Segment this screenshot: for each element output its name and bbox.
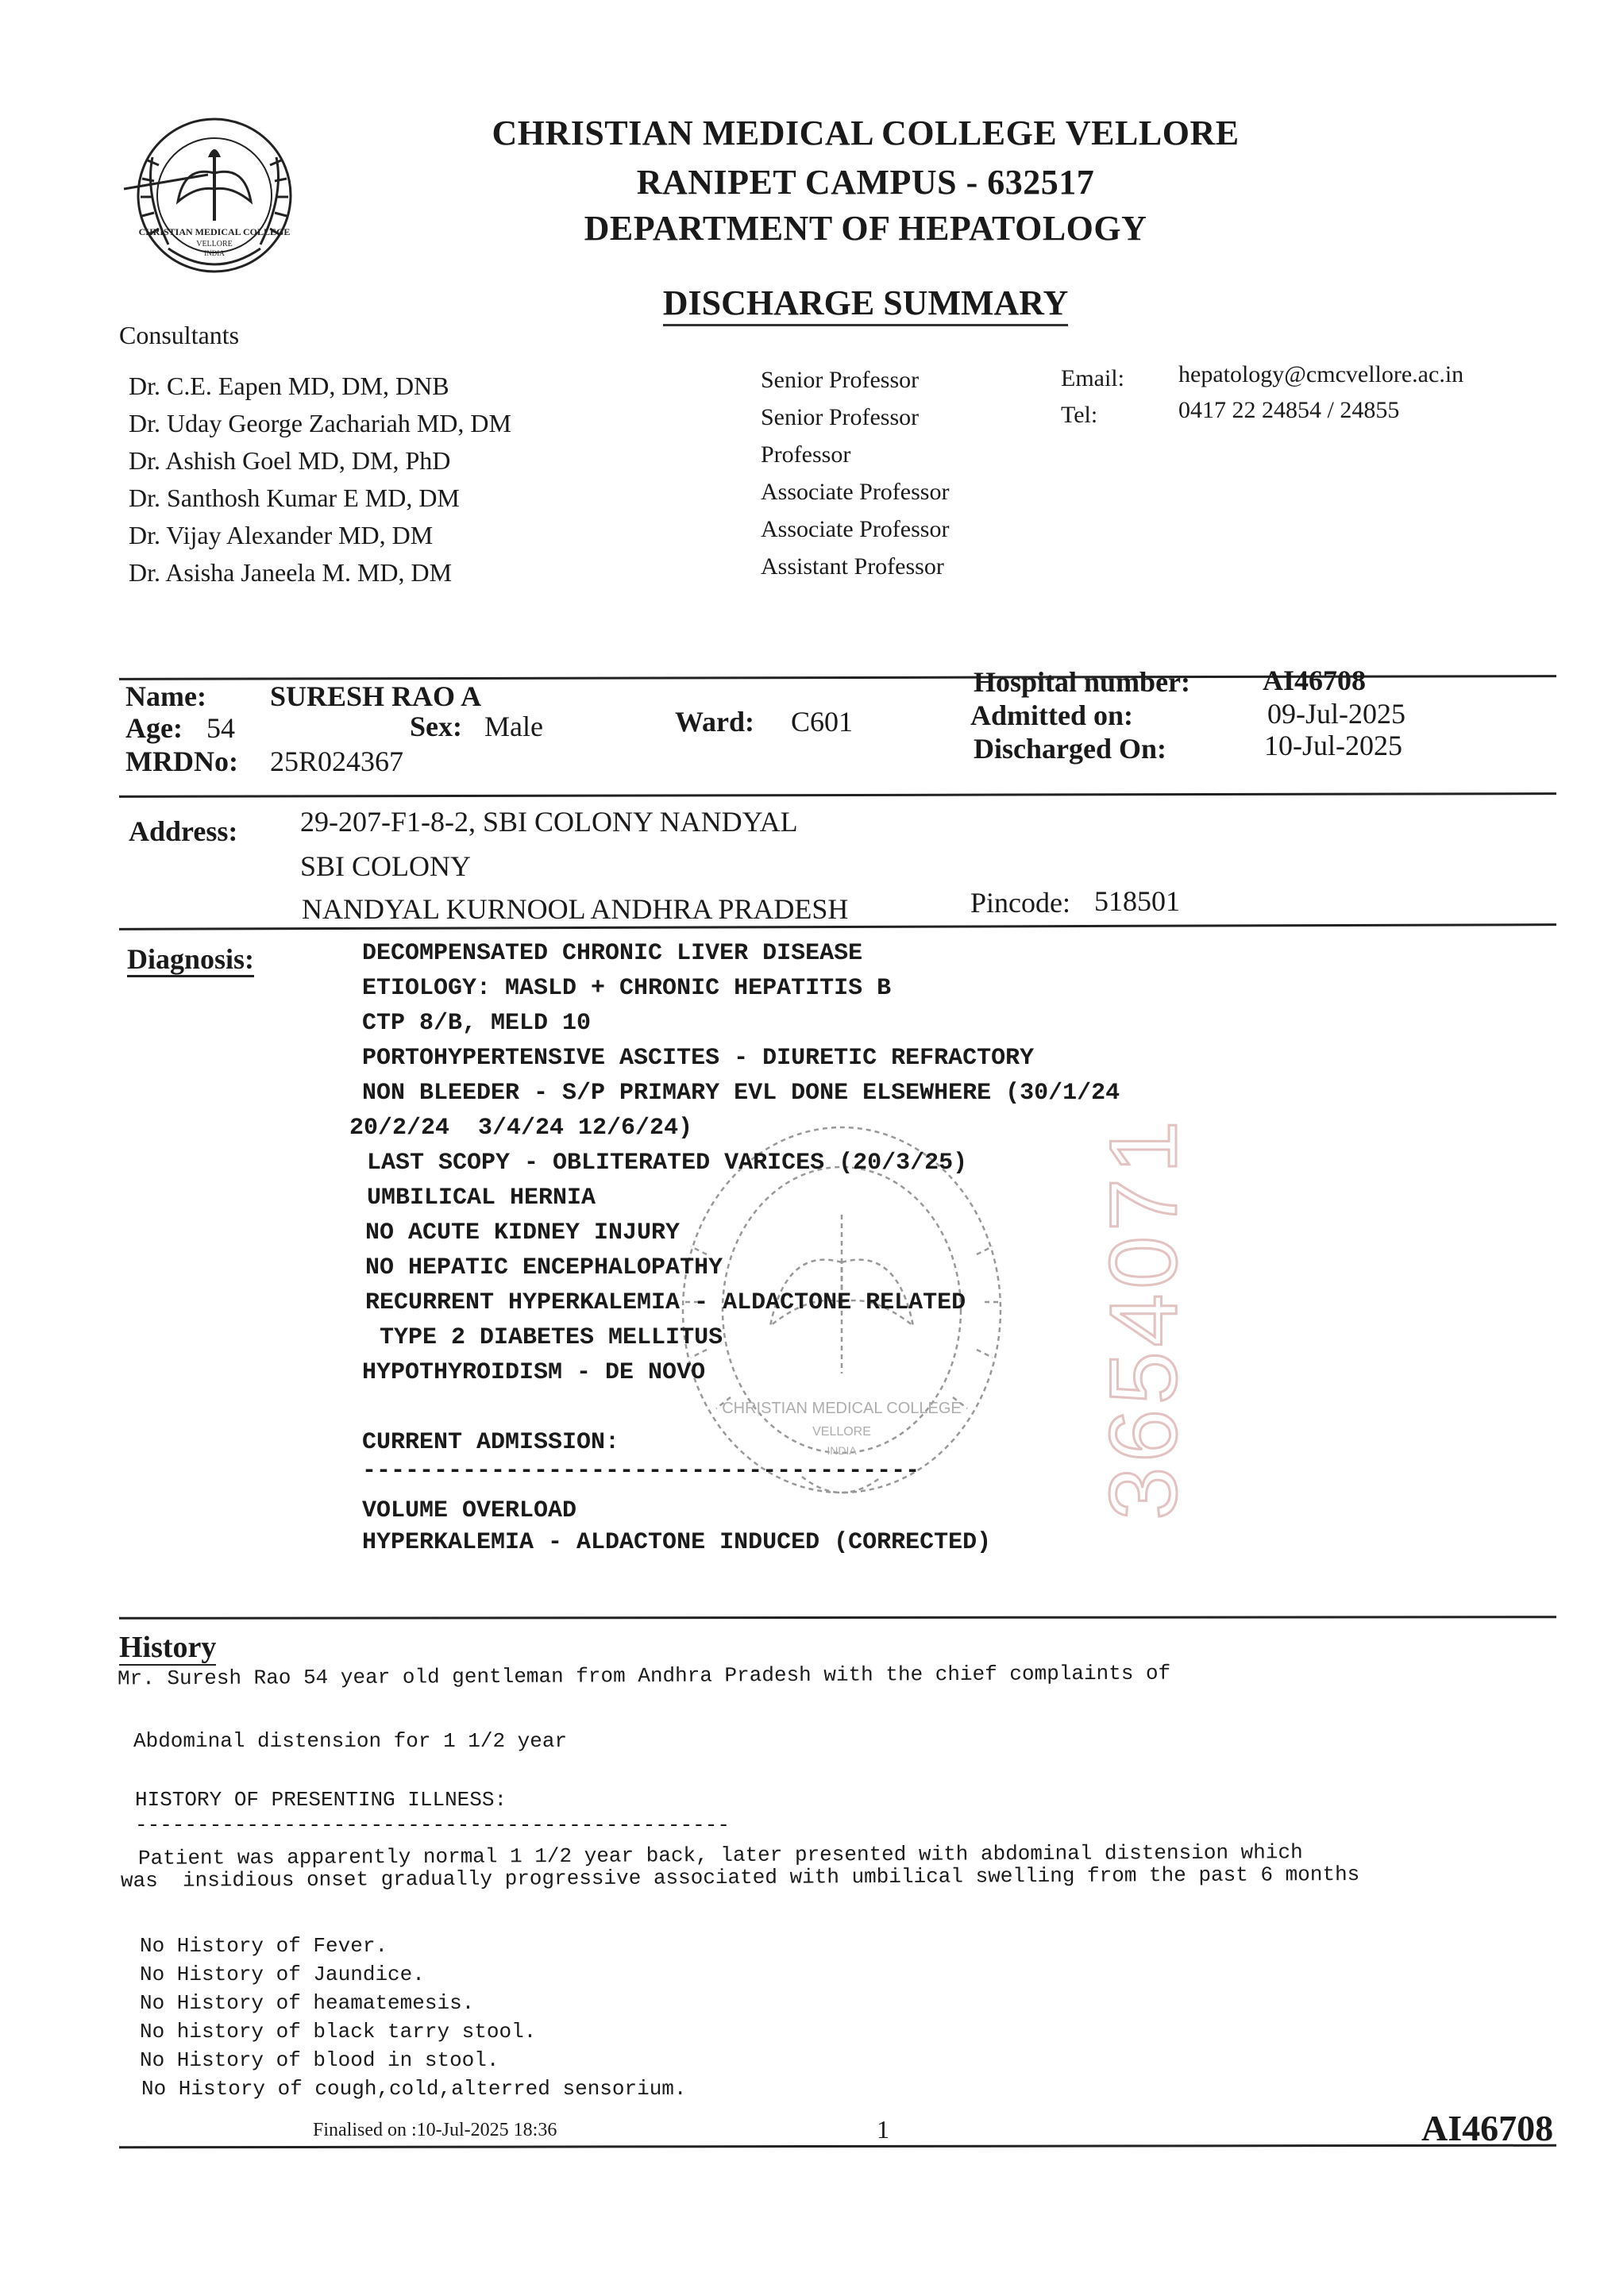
svg-text:VELLORE: VELLORE bbox=[196, 240, 233, 248]
negative-history-item: No History of blood in stool. bbox=[140, 2048, 499, 2072]
campus-name: RANIPET CAMPUS - 632517 bbox=[445, 162, 1286, 202]
finalised-timestamp: Finalised on :10-Jul-2025 18:36 bbox=[313, 2120, 557, 2141]
serial-watermark: 3654071 bbox=[1064, 1119, 1223, 1516]
consultants-label: Consultants bbox=[119, 321, 239, 350]
negative-history-item: No History of Jaundice. bbox=[140, 1963, 425, 1986]
diagnosis-line: CTP 8/B, MELD 10 bbox=[362, 1010, 591, 1037]
diagnosis-line: PORTOHYPERTENSIVE ASCITES - DIURETIC REF… bbox=[362, 1045, 1034, 1072]
history-label: History bbox=[119, 1632, 216, 1666]
svg-text:VELLORE: VELLORE bbox=[812, 1425, 871, 1439]
discharged-label: Discharged On: bbox=[974, 732, 1166, 765]
document-title: DISCHARGE SUMMARY bbox=[445, 283, 1286, 323]
diagnosis-line: 20/2/24 3/4/24 12/6/24) bbox=[349, 1115, 692, 1142]
negative-history-item: No History of heamatemesis. bbox=[140, 1991, 474, 2015]
diagnosis-line: NO HEPATIC ENCEPHALOPATHY bbox=[365, 1254, 723, 1281]
tel-label: Tel: bbox=[1061, 402, 1097, 429]
diagnosis-line: NO ACUTE KIDNEY INJURY bbox=[365, 1219, 680, 1246]
cmc-seal-icon: CHRISTIAN MEDICAL COLLEGE VELLORE INDIA bbox=[121, 102, 308, 289]
mrd-label: MRDNo: bbox=[125, 745, 238, 778]
diagnosis-line: HYPOTHYROIDISM - DE NOVO bbox=[362, 1359, 705, 1386]
institution-name: CHRISTIAN MEDICAL COLLEGE VELLORE bbox=[445, 113, 1286, 153]
ward-label: Ward: bbox=[675, 705, 754, 738]
address-label: Address: bbox=[129, 815, 237, 848]
consultant-name: Dr. C.E. Eapen MD, DM, DNB bbox=[129, 372, 449, 401]
sex-label: Sex: bbox=[410, 710, 462, 743]
consultant-designation: Associate Professor bbox=[761, 479, 949, 506]
email-label: Email: bbox=[1061, 365, 1124, 392]
consultant-name: Dr. Asisha Janeela M. MD, DM bbox=[129, 558, 452, 587]
patient-ward: C601 bbox=[791, 705, 853, 738]
svg-text:INDIA: INDIA bbox=[827, 1444, 857, 1457]
diagnosis-line: VOLUME OVERLOAD bbox=[362, 1497, 576, 1524]
age-label: Age: bbox=[125, 711, 183, 745]
consultant-name: Dr. Vijay Alexander MD, DM bbox=[129, 521, 433, 550]
hpi-heading: HISTORY OF PRESENTING ILLNESS: bbox=[135, 1788, 507, 1812]
patient-mrd: 25R024367 bbox=[270, 745, 403, 778]
negative-history-item: No History of cough,cold,alterred sensor… bbox=[141, 2077, 687, 2101]
diagnosis-line: TYPE 2 DIABETES MELLITUS bbox=[365, 1324, 723, 1351]
department-name: DEPARTMENT OF HEPATOLOGY bbox=[445, 208, 1286, 248]
address-line-1: 29-207-F1-8-2, SBI COLONY NANDYAL bbox=[300, 805, 798, 838]
diagnosis-label: Diagnosis: bbox=[127, 945, 254, 977]
negative-history-item: No History of Fever. bbox=[140, 1934, 388, 1958]
admitted-label: Admitted on: bbox=[970, 699, 1133, 732]
admitted-date: 09-Jul-2025 bbox=[1267, 697, 1405, 730]
chief-complaint: Abdominal distension for 1 1/2 year bbox=[133, 1729, 567, 1753]
divider bbox=[119, 792, 1556, 798]
diagnosis-line: DECOMPENSATED CHRONIC LIVER DISEASE bbox=[362, 940, 862, 967]
consultant-designation: Professor bbox=[761, 441, 850, 468]
consultant-name: Dr. Santhosh Kumar E MD, DM bbox=[129, 483, 460, 513]
diagnosis-line: HYPERKALEMIA - ALDACTONE INDUCED (CORREC… bbox=[362, 1529, 991, 1556]
department-email[interactable]: hepatology@cmcvellore.ac.in bbox=[1178, 361, 1463, 388]
svg-text:CHRISTIAN MEDICAL COLLEGE: CHRISTIAN MEDICAL COLLEGE bbox=[722, 1400, 962, 1417]
document-title-text: DISCHARGE SUMMARY bbox=[663, 283, 1069, 326]
patient-sex: Male bbox=[484, 710, 543, 743]
page-number: 1 bbox=[877, 2115, 889, 2144]
negative-history-item: No history of black tarry stool. bbox=[140, 2020, 536, 2044]
current-admission-rule: --------------------------------------- bbox=[362, 1458, 920, 1485]
footer-divider bbox=[119, 2144, 1556, 2149]
svg-text:INDIA: INDIA bbox=[204, 249, 225, 257]
hospital-number-label: Hospital number: bbox=[974, 665, 1190, 699]
diagnosis-line: LAST SCOPY - OBLITERATED VARICES (20/3/2… bbox=[367, 1150, 967, 1177]
consultant-designation: Senior Professor bbox=[761, 404, 919, 431]
hpi-rule: ----------------------------------------… bbox=[135, 1813, 730, 1837]
divider bbox=[119, 1616, 1556, 1620]
pincode-label: Pincode: bbox=[970, 886, 1070, 919]
serial-number-text: 3654071 bbox=[1089, 1115, 1198, 1520]
diagnosis-line: ETIOLOGY: MASLD + CHRONIC HEPATITIS B bbox=[362, 975, 891, 1002]
hospital-number: AI46708 bbox=[1263, 664, 1366, 697]
consultant-designation: Senior Professor bbox=[761, 367, 919, 394]
diagnosis-line: NON BLEEDER - S/P PRIMARY EVL DONE ELSEW… bbox=[362, 1080, 1120, 1107]
discharged-date: 10-Jul-2025 bbox=[1264, 729, 1402, 762]
consultant-name: Dr. Ashish Goel MD, DM, PhD bbox=[129, 446, 450, 476]
department-phone: 0417 22 24854 / 24855 bbox=[1178, 397, 1399, 424]
diagnosis-line: UMBILICAL HERNIA bbox=[367, 1185, 596, 1212]
patient-name: SURESH RAO A bbox=[270, 680, 481, 713]
footer-hospital-number: AI46708 bbox=[1421, 2107, 1553, 2149]
address-line-2: SBI COLONY bbox=[300, 849, 471, 883]
pincode-value: 518501 bbox=[1094, 884, 1180, 918]
svg-text:CHRISTIAN MEDICAL COLLEGE: CHRISTIAN MEDICAL COLLEGE bbox=[139, 226, 291, 237]
patient-age: 54 bbox=[206, 711, 235, 745]
current-admission-heading: CURRENT ADMISSION: bbox=[362, 1429, 619, 1456]
consultant-designation: Assistant Professor bbox=[761, 553, 944, 580]
consultant-name: Dr. Uday George Zachariah MD, DM bbox=[129, 409, 511, 438]
history-intro: Mr. Suresh Rao 54 year old gentleman fro… bbox=[118, 1662, 1170, 1691]
name-label: Name: bbox=[125, 680, 206, 713]
address-line-3: NANDYAL KURNOOL ANDHRA PRADESH bbox=[302, 892, 848, 926]
diagnosis-line: RECURRENT HYPERKALEMIA - ALDACTONE RELAT… bbox=[365, 1289, 966, 1316]
consultant-designation: Associate Professor bbox=[761, 516, 949, 543]
